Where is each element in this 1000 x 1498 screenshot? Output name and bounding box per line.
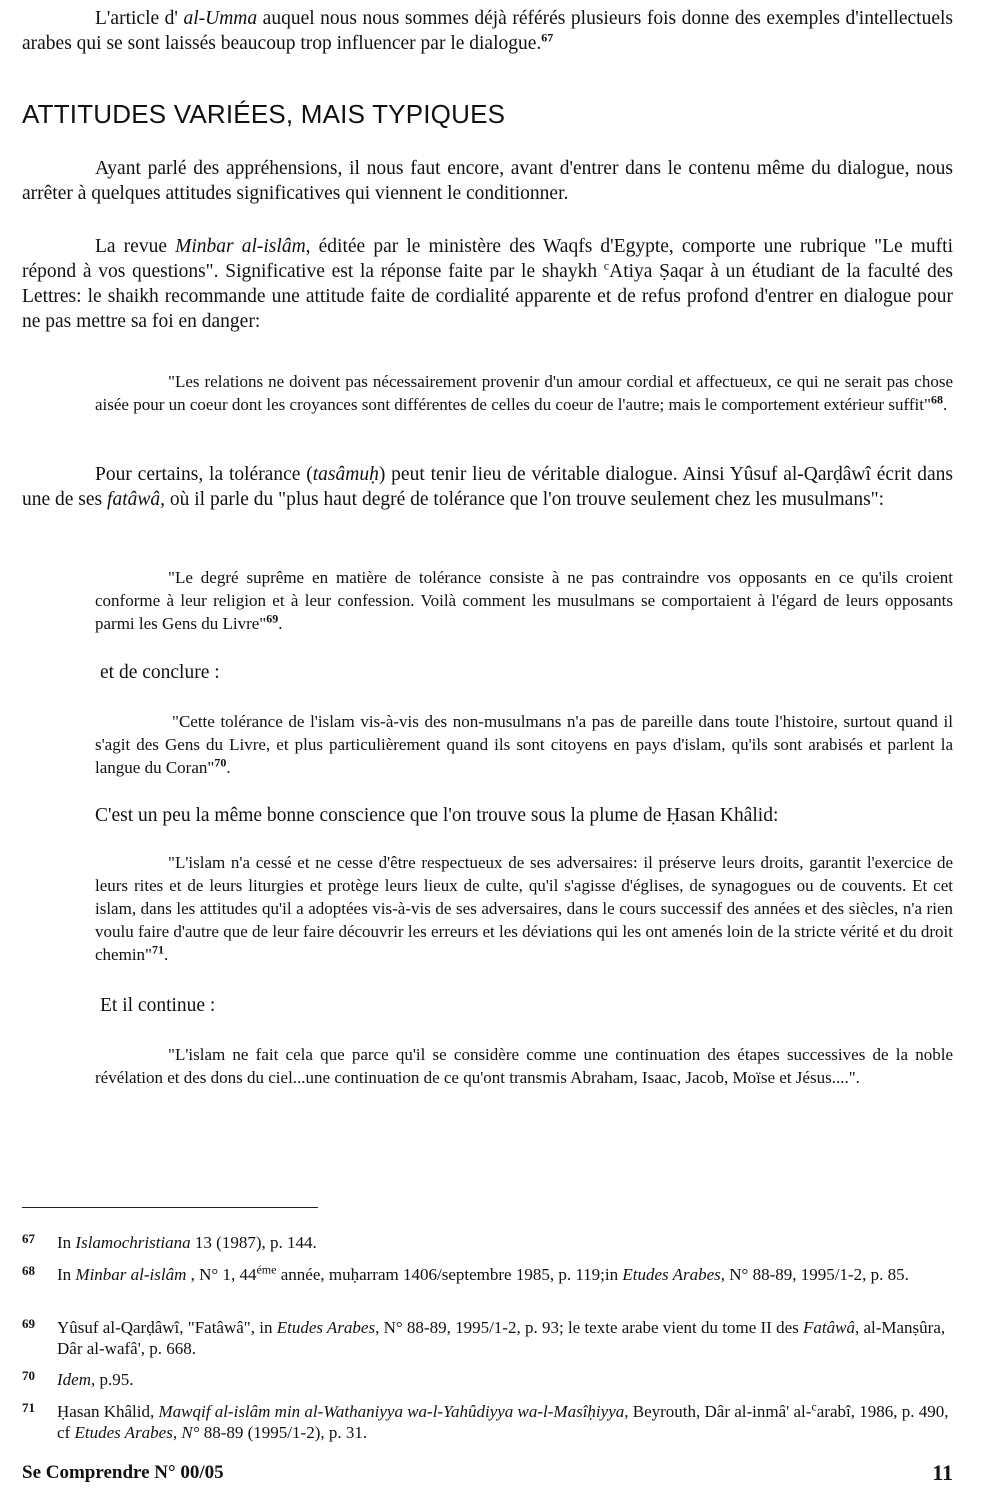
text: . <box>226 758 230 777</box>
blockquote-3: "Cette tolérance de l'islam vis-à-vis de… <box>95 710 953 779</box>
text: Ḥasan Khâlid, <box>57 1402 159 1421</box>
footnote-ref-71[interactable]: 71 <box>152 942 164 956</box>
text: 13 (1987), p. 144. <box>191 1233 317 1252</box>
text: 88-89 (1995/1-2), p. 31. <box>199 1423 367 1442</box>
text: , N° 88-89, 1995/1-2, p. 93; le texte ar… <box>375 1318 803 1337</box>
footnote-67: 67 In Islamochristiana 13 (1987), p. 144… <box>22 1232 957 1253</box>
footnote-separator <box>22 1207 318 1208</box>
document-page: L'article d' al-Umma auquel nous nous so… <box>0 0 1000 1498</box>
section-heading: ATTITUDES VARIÉES, MAIS TYPIQUES <box>22 98 505 130</box>
italic-title: Etudes Arabes <box>622 1265 720 1284</box>
text: In <box>57 1233 75 1252</box>
text: . <box>164 945 168 964</box>
text: , N° 1, 44 <box>186 1265 256 1284</box>
paragraph-et-il-continue: Et il continue : <box>100 993 215 1018</box>
paragraph-hasan-khalid: C'est un peu la même bonne conscience qu… <box>95 803 778 828</box>
italic-title: Fatâwâ <box>803 1318 855 1337</box>
paragraph-et-de-conclure: et de conclure : <box>100 660 220 685</box>
italic-title: Mawqif al-islâm min al-Wathaniyya wa-l-Y… <box>159 1402 625 1421</box>
quote-text: "Le degré suprême en matière de toléranc… <box>95 568 953 633</box>
page-number: 11 <box>932 1460 953 1486</box>
footnote-number: 68 <box>22 1260 35 1281</box>
quote-text: "L'islam n'a cessé et ne cesse d'être re… <box>95 853 953 964</box>
italic-title: Minbar al-islâm <box>75 1265 186 1284</box>
text: , Beyrouth, Dâr al-inmâ' al- <box>624 1402 811 1421</box>
italic-term: tasâmuḥ <box>313 464 379 485</box>
text: où il parle du "plus haut degré de tolér… <box>165 489 884 510</box>
italic-title: Idem <box>57 1370 91 1389</box>
italic-term: fatâwâ, <box>107 489 165 510</box>
italic-title: Islamochristiana <box>75 1233 190 1252</box>
footnote-69: 69 Yûsuf al-Qarḍâwî, "Fatâwâ", in Etudes… <box>22 1317 957 1359</box>
publication-name: Se Comprendre N° 00/05 <box>22 1462 224 1484</box>
italic-title: al-Umma <box>183 8 257 29</box>
footnote-ref-70[interactable]: 70 <box>214 755 226 769</box>
italic-title: Etudes Arabes, N° <box>74 1423 199 1442</box>
blockquote-1: "Les relations ne doivent pas nécessaire… <box>95 370 953 416</box>
quote-text: "Les relations ne doivent pas nécessaire… <box>95 372 953 414</box>
text: La revue <box>95 236 175 257</box>
text: . <box>278 614 282 633</box>
ordinal-superscript: éme <box>256 1262 276 1276</box>
paragraph-apprehensions: Ayant parlé des appréhensions, il nous f… <box>22 156 953 206</box>
paragraph-minbar-al-islam: La revue Minbar al-islâm, éditée par le … <box>22 234 953 334</box>
text: L'article d' <box>95 8 183 29</box>
blockquote-4: "L'islam n'a cessé et ne cesse d'être re… <box>95 851 953 966</box>
footnote-ref-67[interactable]: 67 <box>541 31 553 45</box>
paragraph-al-umma: L'article d' al-Umma auquel nous nous so… <box>22 6 953 56</box>
text: In <box>57 1265 75 1284</box>
text: Pour certains, la tolérance ( <box>95 464 313 485</box>
paragraph-tolerance: Pour certains, la tolérance (tasâmuḥ) pe… <box>22 462 953 512</box>
text: . <box>943 395 947 414</box>
text: , p.95. <box>91 1370 134 1389</box>
blockquote-5: "L'islam ne fait cela que parce qu'il se… <box>95 1043 953 1089</box>
footnote-number: 70 <box>22 1365 35 1386</box>
footnote-ref-69[interactable]: 69 <box>266 611 278 625</box>
footnote-71: 71 Ḥasan Khâlid, Mawqif al-islâm min al-… <box>22 1401 957 1443</box>
blockquote-2: "Le degré suprême en matière de toléranc… <box>95 566 953 635</box>
text: année, muḥarram 1406/septembre 1985, p. … <box>276 1265 622 1284</box>
footnote-number: 67 <box>22 1228 35 1249</box>
footnote-70: 70 Idem, p.95. <box>22 1369 957 1390</box>
footnote-68: 68 In Minbar al-islâm , N° 1, 44éme anné… <box>22 1264 957 1285</box>
italic-title: Etudes Arabes <box>277 1318 375 1337</box>
text: , N° 88-89, 1995/1-2, p. 85. <box>721 1265 909 1284</box>
footnote-number: 69 <box>22 1313 35 1334</box>
text: Yûsuf al-Qarḍâwî, "Fatâwâ", in <box>57 1318 277 1337</box>
footnote-ref-68[interactable]: 68 <box>931 392 943 406</box>
italic-title: Minbar al-islâm <box>175 236 306 257</box>
footnote-number: 71 <box>22 1397 35 1418</box>
